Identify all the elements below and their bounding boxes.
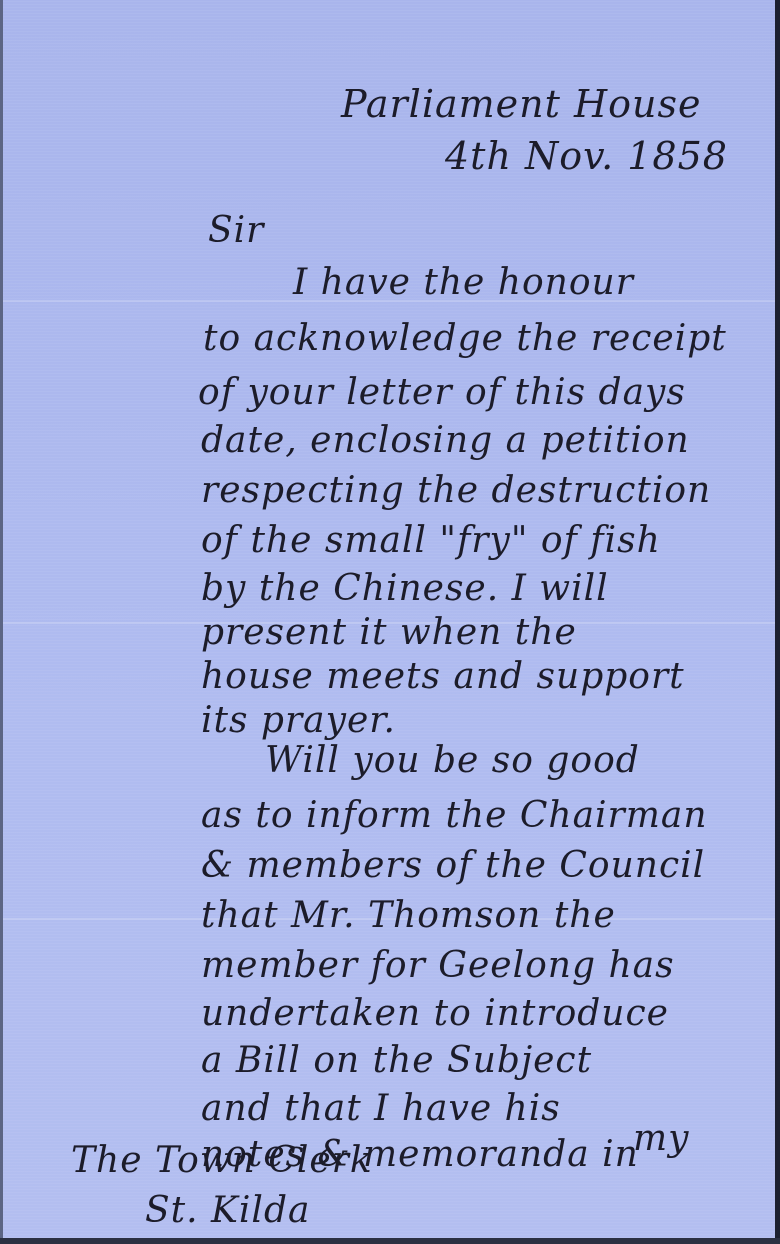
letter-body-line: house meets and support [201, 656, 685, 697]
letter-heading-place: Parliament House [341, 82, 701, 126]
letter-body-line: undertaken to introduce [201, 993, 669, 1034]
letter-body-line: its prayer. [201, 700, 396, 741]
letter-body-line: respecting the destruction [201, 470, 711, 511]
letter-heading-date: 4th Nov. 1858 [445, 134, 728, 178]
scan-border-bottom [0, 1238, 780, 1244]
letter-body-line: that Mr. Thomson the [201, 895, 616, 936]
addressee-location: St. Kilda [145, 1190, 310, 1231]
letter-body-line: member for Geelong has [201, 945, 675, 986]
letter-body-line: a Bill on the Subject [201, 1040, 592, 1081]
letter-body-line: to acknowledge the receipt [203, 318, 727, 359]
letter-body-line: date, enclosing a petition [201, 420, 690, 461]
letter-body-line: and that I have his [201, 1088, 561, 1129]
letter-salutation: Sir [208, 210, 264, 251]
letter-body-line-catchword: my [633, 1118, 689, 1159]
letter-body-line: by the Chinese. I will [201, 568, 609, 609]
scan-border-right [775, 0, 780, 1244]
letter-body-line: present it when the [201, 612, 577, 653]
letter-body-line: Will you be so good [265, 740, 640, 781]
letter-body-line: of your letter of this days [198, 372, 686, 413]
letter-body-line: of the small "fry" of fish [201, 520, 661, 561]
letter-body-line: & members of the Council [201, 845, 705, 886]
addressee-title: The Town Clerk [71, 1140, 373, 1181]
scan-border-left [0, 0, 3, 1244]
letter-page: Parliament House 4th Nov. 1858 Sir I hav… [3, 0, 775, 1238]
letter-body-line: as to inform the Chairman [201, 795, 708, 836]
letter-body-line: I have the honour [293, 262, 634, 303]
